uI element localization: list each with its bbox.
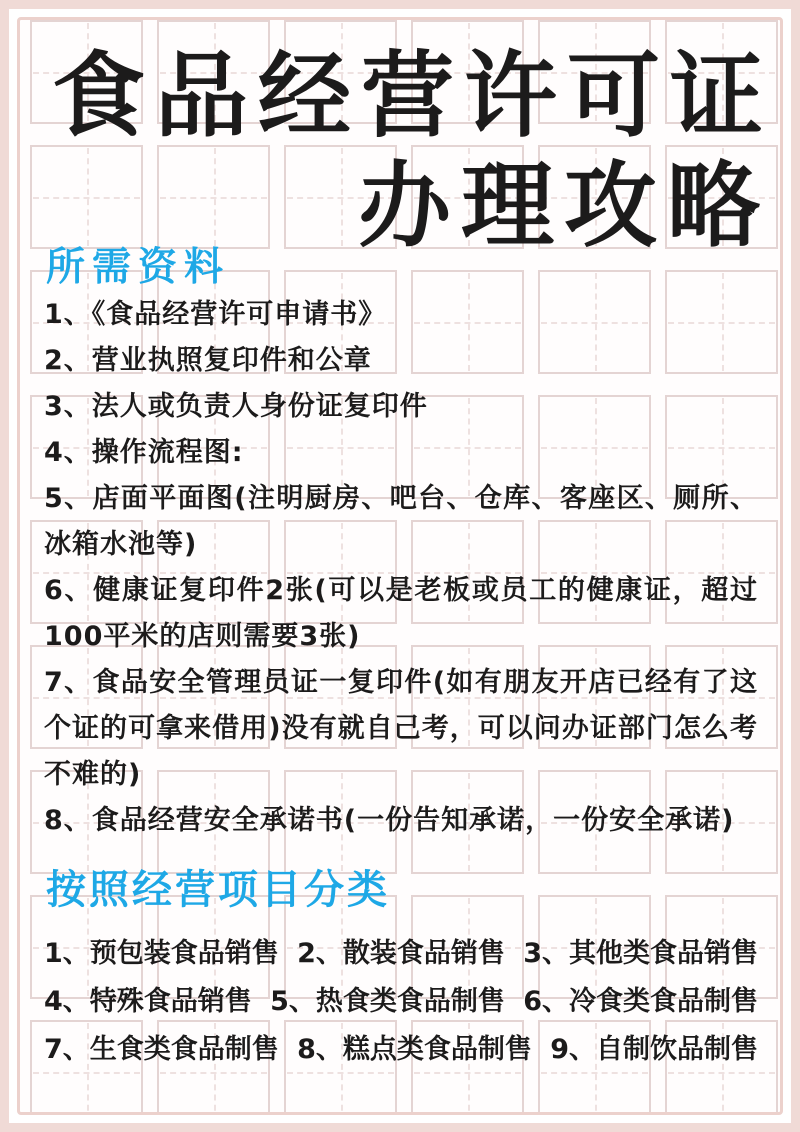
- category-item: 5、热食类食品制售: [270, 978, 505, 1026]
- category-item: 2、散装食品销售: [297, 930, 505, 978]
- material-item: 4、操作流程图:: [44, 430, 758, 476]
- category-row: 1、预包装食品销售2、散装食品销售3、其他类食品销售: [44, 930, 758, 978]
- material-item: 3、法人或负责人身份证复印件: [44, 384, 758, 430]
- poster-title-line2: 办理攻略: [358, 160, 770, 253]
- category-item: 4、特殊食品销售: [44, 978, 252, 1026]
- category-item: 8、糕点类食品制售: [297, 1026, 532, 1074]
- material-item: 2、营业执照复印件和公章: [44, 338, 758, 384]
- section-heading-required-materials: 所需资料: [46, 248, 230, 287]
- category-item: 9、自制饮品制售: [550, 1026, 758, 1074]
- material-item: 5、店面平面图(注明厨房、吧台、仓库、客座区、厕所、冰箱水池等): [44, 476, 758, 568]
- material-item: 7、食品安全管理员证一复印件(如有朋友开店已经有了这个证的可拿来借用)没有就自己…: [44, 660, 758, 798]
- category-item: 7、生食类食品制售: [44, 1026, 279, 1074]
- category-item: 1、预包装食品销售: [44, 930, 279, 978]
- section-heading-business-categories: 按照经营项目分类: [46, 870, 390, 910]
- poster-content: 食品经营许可证 办理攻略 所需资料 1、《食品经营许可申请书》2、营业执照复印件…: [0, 0, 800, 1132]
- food-license-guide-poster: 食品经营许可证 办理攻略 所需资料 1、《食品经营许可申请书》2、营业执照复印件…: [0, 0, 800, 1132]
- business-category-grid: 1、预包装食品销售2、散装食品销售3、其他类食品销售4、特殊食品销售5、热食类食…: [44, 930, 758, 1074]
- material-item: 8、食品经营安全承诺书(一份告知承诺，一份安全承诺): [44, 798, 758, 844]
- required-materials-list: 1、《食品经营许可申请书》2、营业执照复印件和公章3、法人或负责人身份证复印件4…: [44, 292, 758, 844]
- material-item: 1、《食品经营许可申请书》: [44, 292, 758, 338]
- poster-title-line1: 食品经营许可证: [52, 50, 773, 143]
- category-item: 3、其他类食品销售: [523, 930, 758, 978]
- material-item: 6、健康证复印件2张(可以是老板或员工的健康证，超过100平米的店则需要3张): [44, 568, 758, 660]
- category-row: 7、生食类食品制售8、糕点类食品制售9、自制饮品制售: [44, 1026, 758, 1074]
- category-item: 6、冷食类食品制售: [523, 978, 758, 1026]
- category-row: 4、特殊食品销售5、热食类食品制售6、冷食类食品制售: [44, 978, 758, 1026]
